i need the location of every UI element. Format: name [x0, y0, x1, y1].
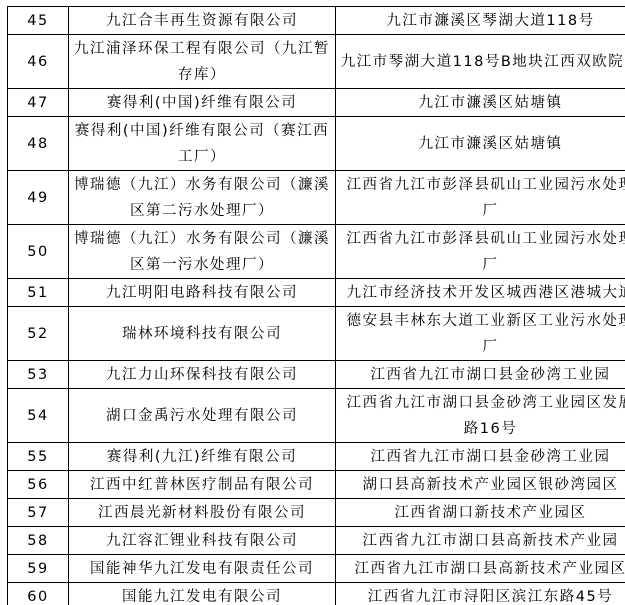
row-number: 55 — [8, 443, 69, 471]
company-name: 博瑞德（九江）水务有限公司（濂溪区第一污水处理厂） — [69, 225, 336, 279]
table-row: 58 九江容汇锂业科技有限公司 江西省九江市湖口县高新技术产业园 — [8, 527, 625, 555]
table-row: 59 国能神华九江发电有限责任公司 江西省九江市湖口县高新技术产业园区 — [8, 555, 625, 583]
company-name: 国能九江发电有限公司 — [69, 583, 336, 605]
row-number: 46 — [8, 35, 69, 89]
table-row: 50 博瑞德（九江）水务有限公司（濂溪区第一污水处理厂） 江西省九江市彭泽县矶山… — [8, 225, 625, 279]
company-address: 九江市经济技术开发区城西港区港城大道 — [336, 279, 625, 307]
row-number: 59 — [8, 555, 69, 583]
row-number: 60 — [8, 583, 69, 605]
table-row: 45 九江合丰再生资源有限公司 九江市濂溪区琴湖大道118号 — [8, 7, 625, 35]
company-name: 江西晨光新材料股份有限公司 — [69, 499, 336, 527]
company-address: 湖口县高新技术产业园区银砂湾园区 — [336, 471, 625, 499]
company-address: 江西省湖口新技术产业园区 — [336, 499, 625, 527]
company-address: 江西省九江市湖口县金砂湾工业园 — [336, 443, 625, 471]
table-row: 49 博瑞德（九江）水务有限公司（濂溪区第二污水处理厂） 江西省九江市彭泽县矶山… — [8, 171, 625, 225]
row-number: 49 — [8, 171, 69, 225]
company-name: 九江合丰再生资源有限公司 — [69, 7, 336, 35]
company-address: 德安县丰林东大道工业新区工业污水处理厂 — [336, 307, 625, 361]
company-name: 国能神华九江发电有限责任公司 — [69, 555, 336, 583]
table-row: 55 赛得利(九江)纤维有限公司 江西省九江市湖口县金砂湾工业园 — [8, 443, 625, 471]
row-number: 45 — [8, 7, 69, 35]
table-row: 48 赛得利(中国)纤维有限公司（赛江西工厂） 九江市濂溪区姑塘镇 — [8, 117, 625, 171]
company-address: 九江市濂溪区琴湖大道118号 — [336, 7, 625, 35]
company-address: 江西省九江市彭泽县矶山工业园污水处理厂 — [336, 225, 625, 279]
company-address: 江西省九江市彭泽县矶山工业园污水处理厂 — [336, 171, 625, 225]
table-body: 45 九江合丰再生资源有限公司 九江市濂溪区琴湖大道118号 46 九江浦泽环保… — [8, 7, 625, 605]
table-row: 54 湖口金禹污水处理有限公司 江西省九江市湖口县金砂湾工业园区发展路16号 — [8, 389, 625, 443]
company-name: 湖口金禹污水处理有限公司 — [69, 389, 336, 443]
row-number: 47 — [8, 89, 69, 117]
row-number: 54 — [8, 389, 69, 443]
row-number: 48 — [8, 117, 69, 171]
row-number: 52 — [8, 307, 69, 361]
company-address: 江西省九江市浔阳区滨江东路45号 — [336, 583, 625, 605]
company-name: 赛得利(中国)纤维有限公司（赛江西工厂） — [69, 117, 336, 171]
company-address: 江西省九江市湖口县金砂湾工业园 — [336, 361, 625, 389]
company-name: 江西中红普林医疗制品有限公司 — [69, 471, 336, 499]
table-row: 46 九江浦泽环保工程有限公司（九江暂存库） 九江市琴湖大道118号B地块江西双… — [8, 35, 625, 89]
table-row: 47 赛得利(中国)纤维有限公司 九江市濂溪区姑塘镇 — [8, 89, 625, 117]
row-number: 57 — [8, 499, 69, 527]
company-name: 九江容汇锂业科技有限公司 — [69, 527, 336, 555]
company-name: 瑞林环境科技有限公司 — [69, 307, 336, 361]
table-row: 60 国能九江发电有限公司 江西省九江市浔阳区滨江东路45号 — [8, 583, 625, 605]
company-address: 江西省九江市湖口县高新技术产业园区 — [336, 555, 625, 583]
row-number: 50 — [8, 225, 69, 279]
company-address: 九江市琴湖大道118号B地块江西双欧院内 — [336, 35, 625, 89]
company-address: 江西省九江市湖口县高新技术产业园 — [336, 527, 625, 555]
table-row: 51 九江明阳电路科技有限公司 九江市经济技术开发区城西港区港城大道 — [8, 279, 625, 307]
company-address: 九江市濂溪区姑塘镇 — [336, 117, 625, 171]
row-number: 58 — [8, 527, 69, 555]
company-name: 九江浦泽环保工程有限公司（九江暂存库） — [69, 35, 336, 89]
company-name: 博瑞德（九江）水务有限公司（濂溪区第二污水处理厂） — [69, 171, 336, 225]
table-row: 53 九江力山环保科技有限公司 江西省九江市湖口县金砂湾工业园 — [8, 361, 625, 389]
table-row: 56 江西中红普林医疗制品有限公司 湖口县高新技术产业园区银砂湾园区 — [8, 471, 625, 499]
table-row: 52 瑞林环境科技有限公司 德安县丰林东大道工业新区工业污水处理厂 — [8, 307, 625, 361]
company-address: 九江市濂溪区姑塘镇 — [336, 89, 625, 117]
company-name: 赛得利(中国)纤维有限公司 — [69, 89, 336, 117]
company-name: 九江明阳电路科技有限公司 — [69, 279, 336, 307]
row-number: 51 — [8, 279, 69, 307]
row-number: 56 — [8, 471, 69, 499]
company-address-table: 45 九江合丰再生资源有限公司 九江市濂溪区琴湖大道118号 46 九江浦泽环保… — [7, 6, 625, 605]
table-row: 57 江西晨光新材料股份有限公司 江西省湖口新技术产业园区 — [8, 499, 625, 527]
company-name: 赛得利(九江)纤维有限公司 — [69, 443, 336, 471]
company-name: 九江力山环保科技有限公司 — [69, 361, 336, 389]
company-address: 江西省九江市湖口县金砂湾工业园区发展路16号 — [336, 389, 625, 443]
row-number: 53 — [8, 361, 69, 389]
